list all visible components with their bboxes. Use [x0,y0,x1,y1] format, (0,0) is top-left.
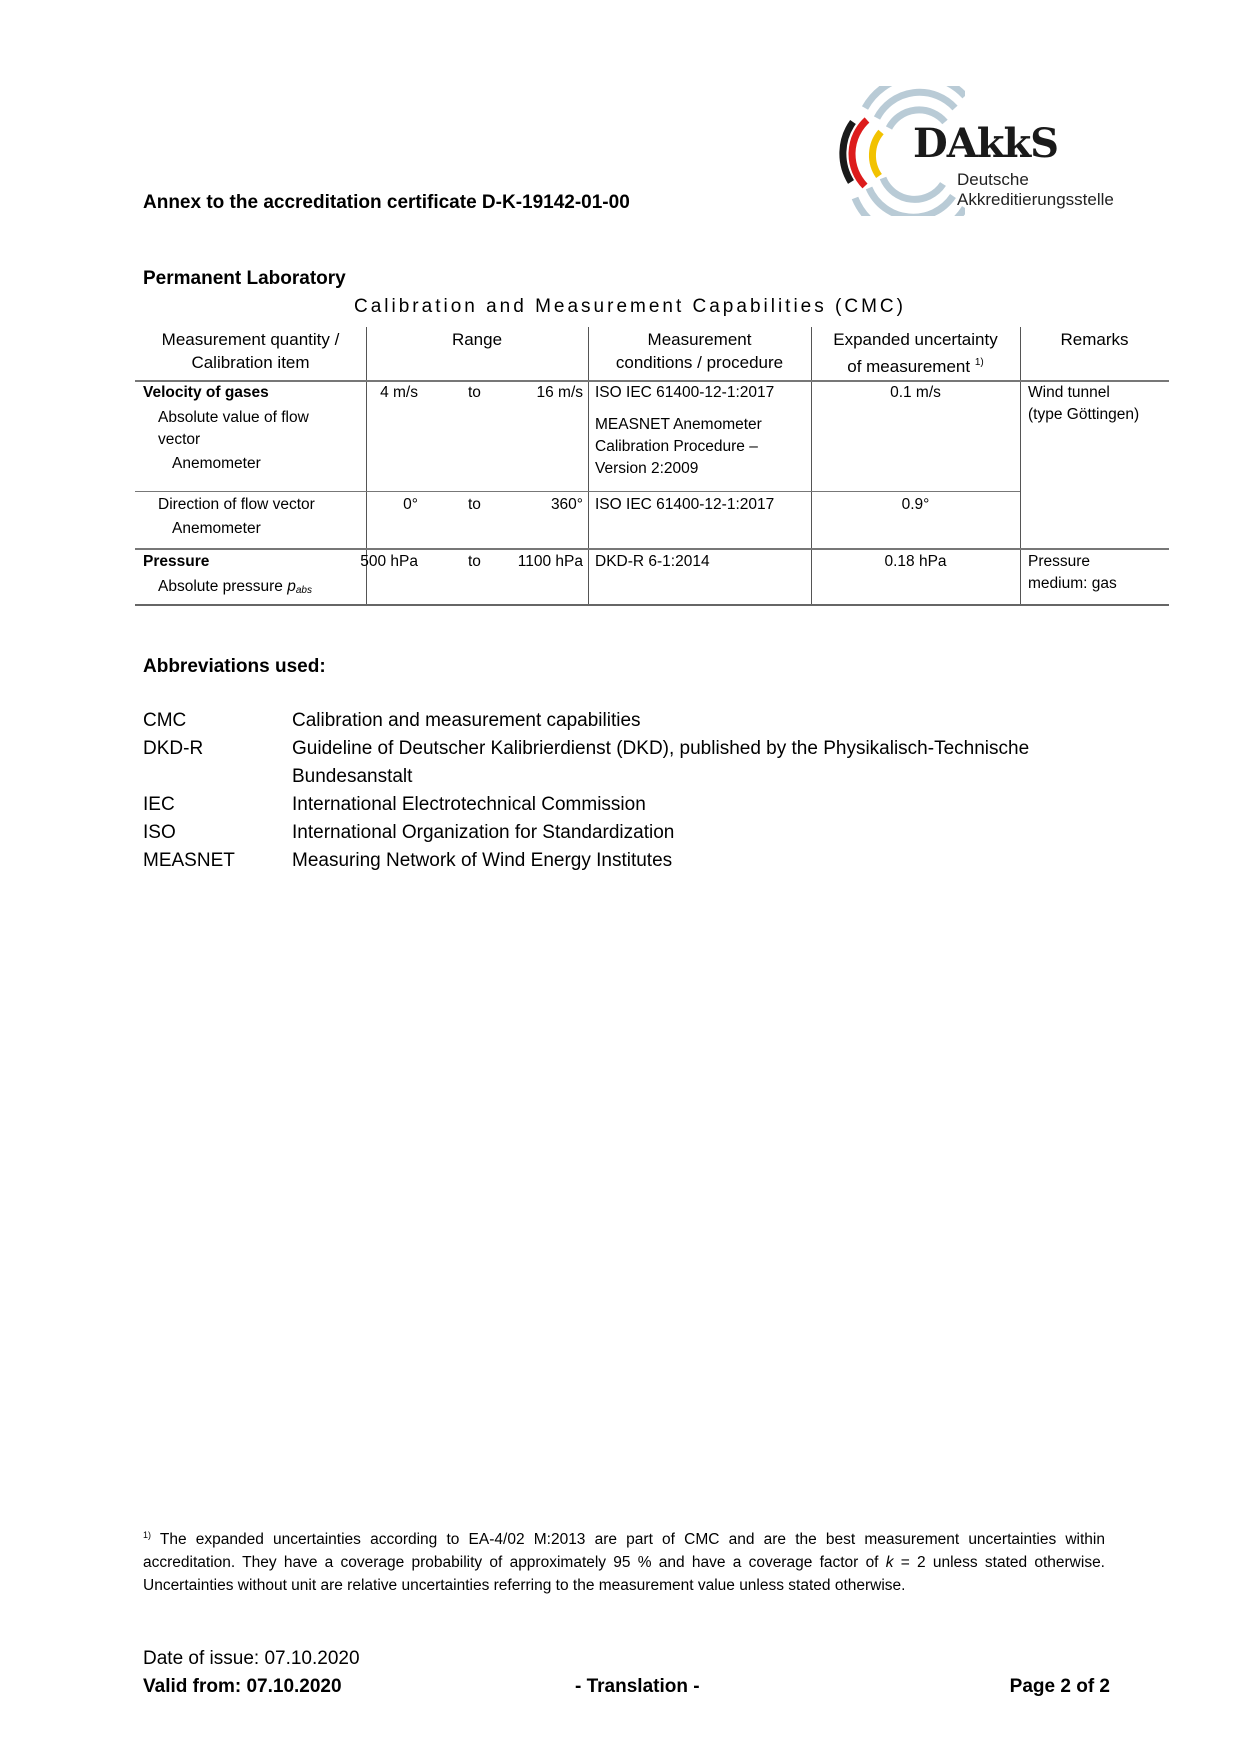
procedure-2-line3: Version 2:2009 [595,458,810,480]
quantity-symbol-sub: abs [296,585,312,596]
remarks-line1: Pressure [1028,551,1168,573]
table-title: Calibration and Measurement Capabilities… [354,296,906,318]
row-quantity-text: Absolute pressure [158,578,283,595]
footnote-mark: 1) [143,1530,151,1540]
range-to: 1100 hPa [518,551,583,573]
header-uncertainty-line1: Expanded uncertainty [811,328,1020,351]
table-row-direction-procedure: ISO IEC 61400-12-1:2017 [595,494,810,516]
row-quantity-line2: vector [143,429,363,451]
logo-brand: DAkkS [913,120,1058,167]
range-from: 4 m/s [380,382,418,404]
table-bottom-rule [135,604,1169,606]
table-row-pressure-remarks: Pressure medium: gas [1028,551,1168,595]
table-row-velocity-uncertainty: 0.1 m/s [811,382,1020,404]
range-from: 0° [403,494,418,516]
abbreviations-title: Abbreviations used: [143,656,326,678]
table-row-direction-quantity: Direction of flow vector Anemometer [143,494,363,540]
abbreviation-key: DKD-R [143,735,293,763]
header-conditions-line1: Measurement [588,328,811,351]
table-row-velocity-procedure: ISO IEC 61400-12-1:2017 MEASNET Anemomet… [595,382,810,480]
table-row-velocity-remarks: Wind tunnel (type Göttingen) [1028,382,1168,426]
header-range: Range [366,328,588,351]
valid-from: Valid from: 07.10.2020 [143,1676,342,1698]
procedure-1: ISO IEC 61400-12-1:2017 [595,382,810,404]
row-item: Anemometer [143,453,363,475]
page-number: Page 2 of 2 [1010,1676,1110,1698]
section-title: Permanent Laboratory [143,268,346,290]
row-quantity: Absolute pressure pabs [143,576,363,602]
remarks-line2: (type Göttingen) [1028,404,1168,426]
quantity-symbol: p [287,578,296,595]
header-uncertainty-line2: of measurement 1) [811,351,1020,378]
range-to: 360° [551,494,583,516]
header-uncertainty: Expanded uncertainty of measurement 1) [811,328,1020,378]
procedure-2-line1: MEASNET Anemometer [595,414,810,436]
footnote-ref: 1) [975,357,984,368]
row-quantity: Direction of flow vector [143,494,363,516]
table-row-pressure-procedure: DKD-R 6-1:2014 [595,551,810,573]
dakks-logo: DAkkS Deutsche Akkreditierungsstelle [825,86,1145,216]
header-conditions-line2: conditions / procedure [588,351,811,374]
logo-subtitle-line1: Deutsche [957,170,1029,190]
procedure-2-line2: Calibration Procedure – [595,436,810,458]
translation-label: - Translation - [575,1676,700,1698]
annex-title: Annex to the accreditation certificate D… [143,192,630,214]
abbreviation-value: Calibration and measurement capabilities [292,707,1122,735]
range-to-word: to [468,494,481,516]
table-row-pressure-quantity: Pressure Absolute pressure pabs [143,551,363,602]
row-group-label: Pressure [143,551,363,573]
date-of-issue: Date of issue: 07.10.2020 [143,1648,360,1670]
range-to-word: to [468,551,481,573]
abbreviation-key: MEASNET [143,847,293,875]
row-quantity-line1: Absolute value of flow [143,407,363,429]
header-quantity: Measurement quantity / Calibration item [135,328,366,374]
abbreviation-value: Measuring Network of Wind Energy Institu… [292,847,1122,875]
footnote: 1) The expanded uncertainties according … [143,1524,1105,1597]
table-row-pressure-uncertainty: 0.18 hPa [811,551,1020,573]
table-row-velocity-quantity: Velocity of gases Absolute value of flow… [143,382,363,475]
abbreviation-value: International Electrotechnical Commissio… [292,791,1122,819]
table-row-direction-uncertainty: 0.9° [811,494,1020,516]
range-from: 500 hPa [360,551,418,573]
abbreviation-key: IEC [143,791,293,819]
range-to: 16 m/s [536,382,583,404]
header-quantity-line1: Measurement quantity / [135,328,366,351]
header-quantity-line2: Calibration item [135,351,366,374]
row-rule [135,491,1020,492]
col-divider [1020,327,1021,604]
row-rule [135,548,1169,550]
remarks-line1: Wind tunnel [1028,382,1168,404]
row-group-label: Velocity of gases [143,382,363,404]
remarks-line2: medium: gas [1028,573,1168,595]
abbreviation-value: Guideline of Deutscher Kalibrierdienst (… [292,735,1122,791]
abbreviation-key: CMC [143,707,293,735]
range-to-word: to [468,382,481,404]
abbreviation-value: International Organization for Standardi… [292,819,1122,847]
abbreviation-key: ISO [143,819,293,847]
header-remarks: Remarks [1020,328,1169,351]
logo-subtitle-line2: Akkreditierungsstelle [957,190,1114,210]
header-uncertainty-text: of measurement [847,357,970,376]
header-conditions: Measurement conditions / procedure [588,328,811,374]
row-item: Anemometer [143,518,363,540]
